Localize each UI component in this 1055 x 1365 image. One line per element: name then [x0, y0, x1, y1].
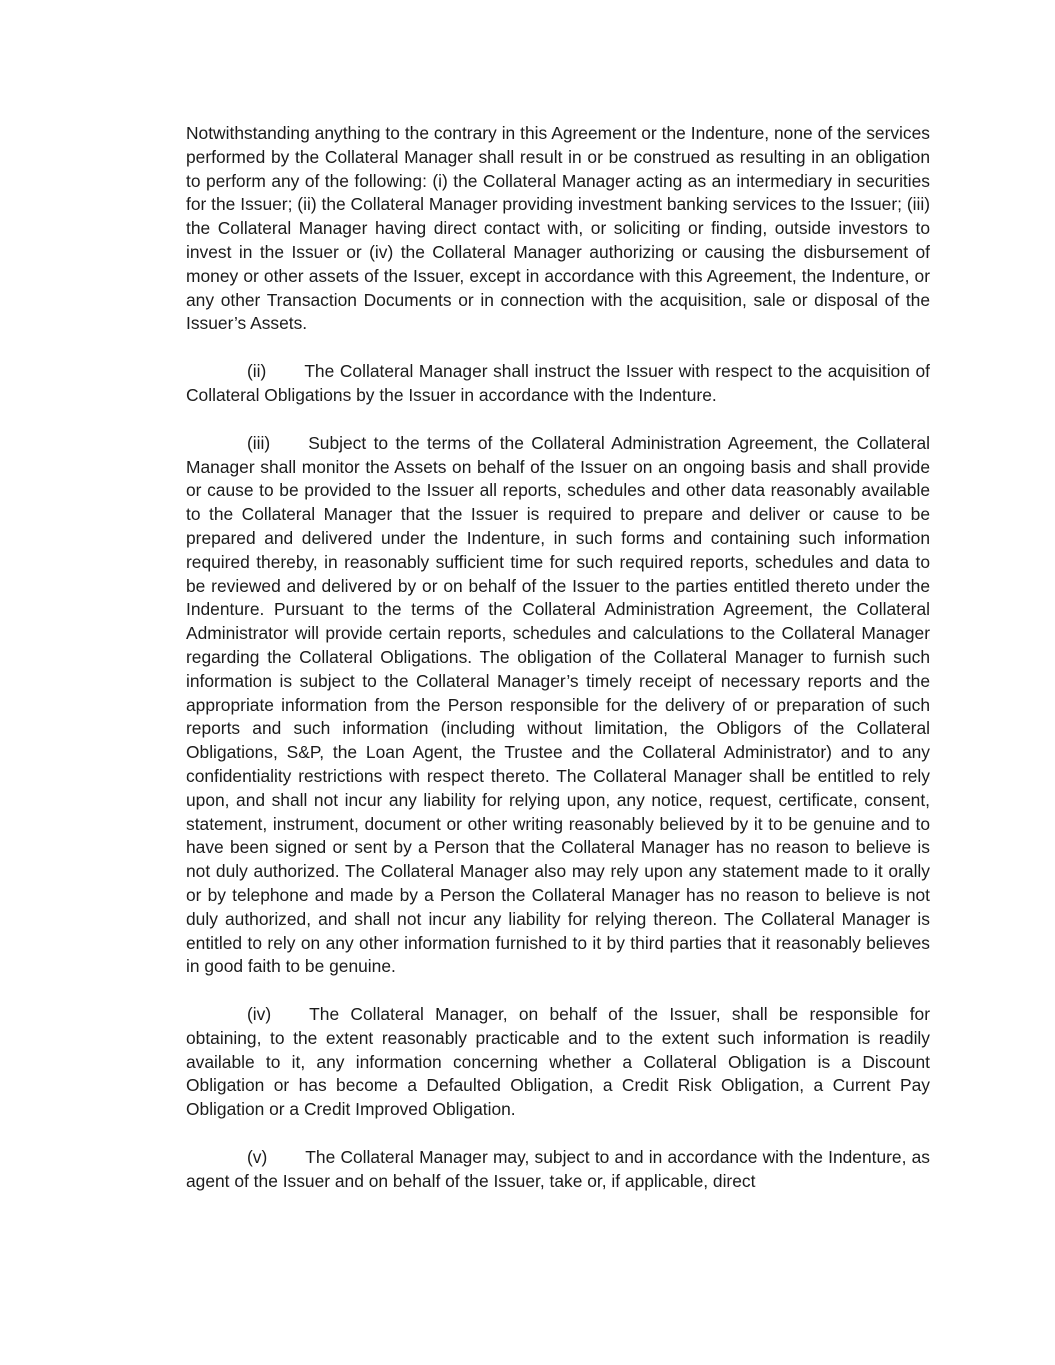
paragraph-ii-label: (ii) — [247, 361, 266, 381]
paragraph-ii-text: The Collateral Manager shall instruct th… — [186, 361, 930, 405]
paragraph-v-label: (v) — [247, 1147, 267, 1167]
paragraph-v-text: The Collateral Manager may, subject to a… — [186, 1147, 930, 1191]
paragraph-iv: (iv)The Collateral Manager, on behalf of… — [186, 1003, 930, 1122]
paragraph-ii: (ii)The Collateral Manager shall instruc… — [186, 360, 930, 408]
document-content: Notwithstanding anything to the contrary… — [186, 122, 930, 1194]
paragraph-iv-label: (iv) — [247, 1004, 271, 1024]
paragraph-iv-text: The Collateral Manager, on behalf of the… — [186, 1004, 930, 1119]
paragraph-v: (v)The Collateral Manager may, subject t… — [186, 1146, 930, 1194]
paragraph-iii-text: Subject to the terms of the Collateral A… — [186, 433, 930, 977]
document-page: Notwithstanding anything to the contrary… — [0, 0, 1055, 1365]
paragraph-continuation: Notwithstanding anything to the contrary… — [186, 122, 930, 336]
paragraph-iii: (iii)Subject to the terms of the Collate… — [186, 432, 930, 979]
paragraph-continuation-text: Notwithstanding anything to the contrary… — [186, 123, 930, 333]
paragraph-iii-label: (iii) — [247, 433, 270, 453]
